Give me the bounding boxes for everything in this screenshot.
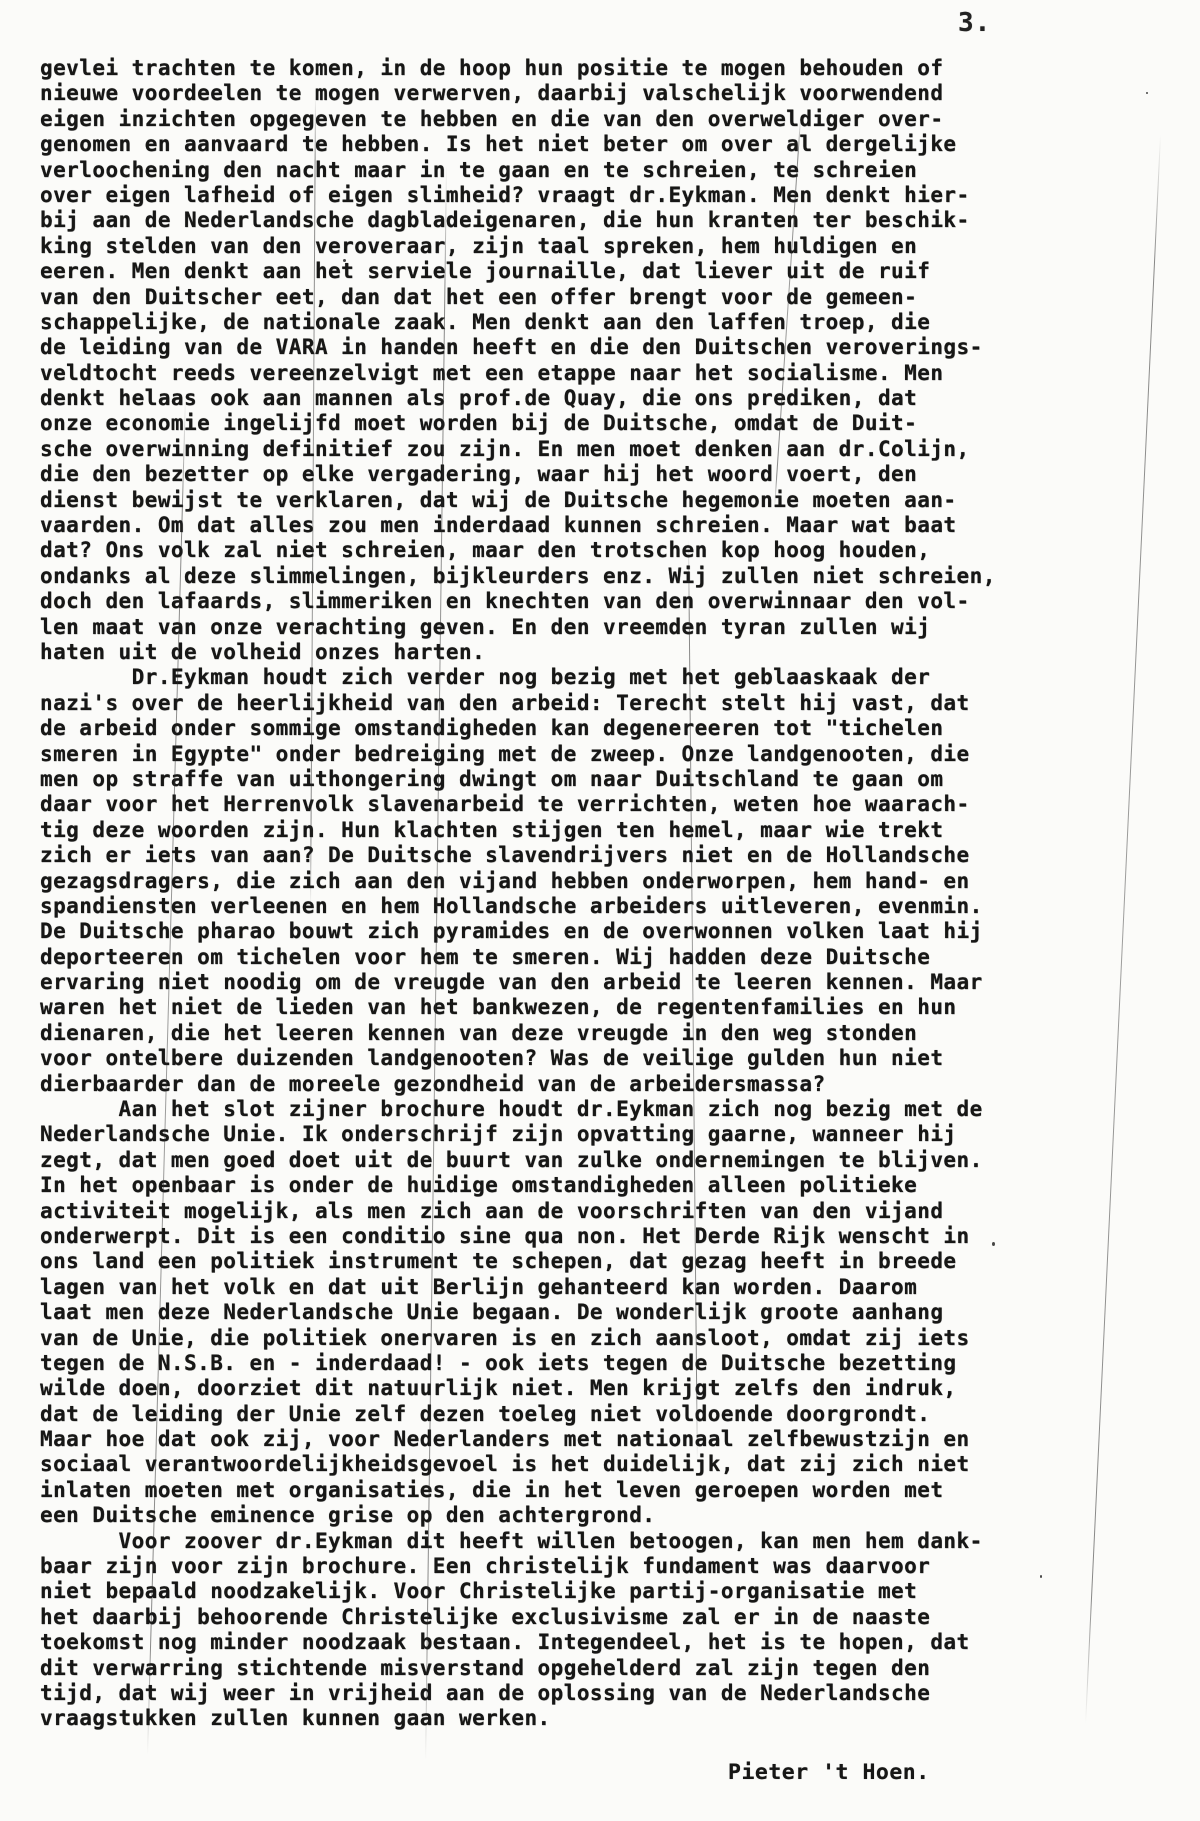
text-line: inlaten moeten met organisaties, die in … [40, 1478, 996, 1503]
text-line: Voor zoover dr.Eykman dit heeft willen b… [40, 1529, 996, 1554]
text-line: onderwerpt. Dit is een conditio sine qua… [40, 1224, 996, 1249]
text-line: dit verwarring stichtende misverstand op… [40, 1656, 996, 1681]
text-line: wilde doen, doorziet dit natuurlijk niet… [40, 1376, 996, 1401]
text-line: dat? Ons volk zal niet schreien, maar de… [40, 538, 996, 563]
text-line: niet bepaald noodzakelijk. Voor Christel… [40, 1579, 996, 1604]
text-line: tig deze woorden zijn. Hun klachten stij… [40, 818, 996, 843]
text-line: toekomst nog minder noodzaak bestaan. In… [40, 1630, 996, 1655]
text-line: activiteit mogelijk, als men zich aan de… [40, 1199, 996, 1224]
text-line: dat de leiding der Unie zelf dezen toele… [40, 1402, 996, 1427]
text-line: die den bezetter op elke vergadering, wa… [40, 462, 996, 487]
text-line: waren het niet de lieden van het bankwez… [40, 995, 996, 1020]
signature: Pieter 't Hoen. [728, 1760, 930, 1785]
text-line: nieuwe voordeelen te mogen verwerven, da… [40, 81, 996, 106]
text-line: zich er iets van aan? De Duitsche slaven… [40, 843, 996, 868]
text-line: over eigen lafheid of eigen slimheid? vr… [40, 183, 996, 208]
text-line: denkt helaas ook aan mannen als prof.de … [40, 386, 996, 411]
document-page: 3. gevlei trachten te komen, in de hoop … [0, 0, 1200, 1821]
text-line: van den Duitscher eet, dan dat het een o… [40, 285, 996, 310]
ink-speck [1040, 1575, 1042, 1578]
text-line: de leiding van de VARA in handen heeft e… [40, 335, 996, 360]
text-line: Dr.Eykman houdt zich verder nog bezig me… [40, 665, 996, 690]
text-line: deporteeren om tichelen voor hem te smer… [40, 945, 996, 970]
text-line: De Duitsche pharao bouwt zich pyramides … [40, 919, 996, 944]
text-line: In het openbaar is onder de huidige omst… [40, 1173, 996, 1198]
text-line: een Duitsche eminence grise op den achte… [40, 1503, 996, 1528]
text-line: spandiensten verleenen en hem Hollandsch… [40, 894, 996, 919]
text-line: lagen van het volk en dat uit Berlijn ge… [40, 1275, 996, 1300]
text-line: dienst bewijst te verklaren, dat wij de … [40, 488, 996, 513]
text-line: dierbaarder dan de moreele gezondheid va… [40, 1072, 996, 1097]
text-line: gezagsdragers, die zich aan den vijand h… [40, 869, 996, 894]
text-line: ervaring niet noodig om de vreugde van d… [40, 970, 996, 995]
text-line: eigen inzichten opgegeven te hebben en d… [40, 107, 996, 132]
text-line: schappelijke, de nationale zaak. Men den… [40, 310, 996, 335]
text-line: eeren. Men denkt aan het serviele journa… [40, 259, 996, 284]
text-line: bij aan de Nederlandsche dagbladeigenare… [40, 208, 996, 233]
document-lines: gevlei trachten te komen, in de hoop hun… [40, 56, 996, 1732]
text-line: vaarden. Om dat alles zou men inderdaad … [40, 513, 996, 538]
paper-crease [1085, 135, 1161, 1723]
text-line: onze economie ingelijfd moet worden bij … [40, 411, 996, 436]
text-line: ondanks al deze slimmelingen, bijkleurde… [40, 564, 996, 589]
text-line: tegen de N.S.B. en - inderdaad! - ook ie… [40, 1351, 996, 1376]
text-line: Maar hoe dat ook zij, voor Nederlanders … [40, 1427, 996, 1452]
text-line: voor ontelbere duizenden landgenooten? W… [40, 1046, 996, 1071]
text-line: Nederlandsche Unie. Ik onderschrijf zijn… [40, 1122, 996, 1147]
text-line: verloochening den nacht maar in te gaan … [40, 158, 996, 183]
text-line: het daarbij behoorende Christelijke excl… [40, 1605, 996, 1630]
text-line: sociaal verantwoordelijkheidsgevoel is h… [40, 1452, 996, 1477]
text-line: gevlei trachten te komen, in de hoop hun… [40, 56, 996, 81]
text-line: Aan het slot zijner brochure houdt dr.Ey… [40, 1097, 996, 1122]
text-line: baar zijn voor zijn brochure. Een christ… [40, 1554, 996, 1579]
text-line: laat men deze Nederlandsche Unie begaan.… [40, 1300, 996, 1325]
text-line: dienaren, die het leeren kennen van deze… [40, 1021, 996, 1046]
text-line: haten uit de volheid onzes harten. [40, 640, 996, 665]
text-line: ons land een politiek instrument te sche… [40, 1249, 996, 1274]
text-line: smeren in Egypte" onder bedreiging met d… [40, 742, 996, 767]
text-line: tijd, dat wij weer in vrijheid aan de op… [40, 1681, 996, 1706]
text-line: sche overwinning definitief zou zijn. En… [40, 437, 996, 462]
text-line: veldtocht reeds vereenzelvigt met een et… [40, 361, 996, 386]
text-line: men op straffe van uithongering dwingt o… [40, 767, 996, 792]
text-line: nazi's over de heerlijkheid van den arbe… [40, 691, 996, 716]
page-number: 3. [958, 8, 991, 38]
text-line: doch den lafaards, slimmeriken en knecht… [40, 589, 996, 614]
text-line: van de Unie, die politiek onervaren is e… [40, 1326, 996, 1351]
text-line: king stelden van den veroveraar, zijn ta… [40, 234, 996, 259]
ink-speck [1146, 92, 1148, 94]
text-line: de arbeid onder sommige omstandigheden k… [40, 716, 996, 741]
text-line: daar voor het Herrenvolk slavenarbeid te… [40, 792, 996, 817]
text-line: zegt, dat men goed doet uit de buurt van… [40, 1148, 996, 1173]
text-line: genomen en aanvaard te hebben. Is het ni… [40, 132, 996, 157]
text-line: vraagstukken zullen kunnen gaan werken. [40, 1706, 996, 1731]
text-line: len maat van onze verachting geven. En d… [40, 615, 996, 640]
